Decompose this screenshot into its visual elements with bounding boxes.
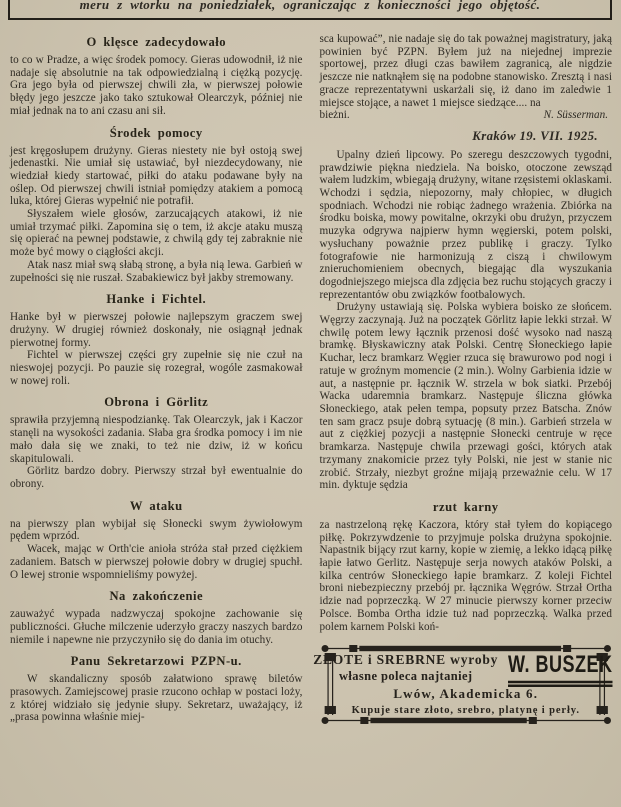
section-heading: Na zakończenie: [10, 589, 303, 604]
ad-top-row: ZŁOTE i SREBRNE wyroby własne poleca naj…: [313, 652, 618, 684]
paragraph: Atak nasz miał swą słabą stronę, a była …: [10, 259, 303, 284]
section-o-klesce: O klęsce zadecydowało to co w Pradze, a …: [10, 35, 303, 118]
paragraph: sprawiła przyjemną niespodziankę. Tak Ol…: [10, 414, 303, 465]
section-na-zakonczenie: Na zakończenie zauważyć wypada nadzwycza…: [10, 589, 303, 646]
ad-address: Lwów, Akademicka 6.: [393, 686, 538, 702]
ad-brand-name: W. BUSZEK: [508, 652, 613, 687]
paragraph-tail: bieżni.: [320, 109, 350, 122]
ad-line-offer: własne poleca najtaniej: [313, 669, 498, 684]
paragraph: W skandaliczny sposób załatwiono sprawę …: [10, 673, 303, 724]
left-column: O klęsce zadecydowało to co w Pradze, a …: [10, 33, 303, 727]
paragraph: Hanke był w pierwszej połowie najlepszym…: [10, 311, 303, 349]
ad-line-products: ZŁOTE i SREBRNE wyroby: [313, 652, 498, 668]
section-obrona-i-gorlitz: Obrona i Görlitz sprawiła przyjemną nies…: [10, 395, 303, 490]
paragraph: to co w Pradze, a więc środek pomocy. Gi…: [10, 54, 303, 118]
right-column: sca kupować”, nie nadaje się do tak powa…: [320, 33, 613, 727]
section-heading: W ataku: [10, 499, 303, 514]
section-hanke-i-fichtel: Hanke i Fichtel. Hanke był w pierwszej p…: [10, 292, 303, 387]
dateline: Kraków 19. VII. 1925.: [320, 129, 599, 144]
section-w-ataku: W ataku na pierwszy plan wybijał się Sło…: [10, 499, 303, 582]
paragraph: Słyszałem wiele głosów, zarzucających at…: [10, 208, 303, 259]
section-heading: Środek pomocy: [10, 126, 303, 141]
paragraph: za nastrzeloną rękę Kaczora, który stał …: [320, 519, 613, 633]
article-columns: O klęsce zadecydowało to co w Pradze, a …: [10, 33, 612, 727]
signature-line: bieżni. N. Süsserman.: [320, 109, 613, 122]
section-heading: Hanke i Fichtel.: [10, 292, 303, 307]
paragraph: sca kupować”, nie nadaje się do tak powa…: [320, 33, 613, 109]
paragraph: Drużyny ustawiają się. Polska wybiera bo…: [320, 301, 613, 492]
ad-box: ZŁOTE i SREBRNE wyroby własne poleca naj…: [320, 642, 613, 727]
section-heading: O klęsce zadecydowało: [10, 35, 303, 50]
paragraph: Upalny dzień lipcowy. Po szeregu deszczo…: [320, 149, 613, 301]
paragraph: Fichtel w pierwszej części gry zupełnie …: [10, 349, 303, 387]
paragraph: na pierwszy plan wybijał się Słonecki sw…: [10, 518, 303, 543]
paragraph: jest kręgosłupem drużyny. Gieras niestet…: [10, 145, 303, 209]
author-signature: N. Süsserman.: [544, 109, 612, 122]
paragraph: zauważyć wypada nadzwyczaj spokojne zach…: [10, 608, 303, 646]
notice-box: meru z wtorku na poniedziałek, ogranicza…: [8, 0, 612, 20]
section-heading: Panu Sekretarzowi PZPN-u.: [10, 654, 303, 669]
ad-content: ZŁOTE i SREBRNE wyroby własne poleca naj…: [344, 652, 589, 717]
ad-offer-lines: ZŁOTE i SREBRNE wyroby własne poleca naj…: [313, 652, 498, 684]
section-heading: Obrona i Görlitz: [10, 395, 303, 410]
penalty-heading: rzut karny: [320, 500, 613, 515]
newspaper-page: meru z wtorku na poniedziałek, ogranicza…: [0, 0, 621, 807]
section-srodek-pomocy: Środek pomocy jest kręgosłupem drużyny. …: [10, 126, 303, 285]
ad-buys-line: Kupuje stare złoto, srebro, platynę i pe…: [352, 705, 580, 716]
section-panu-sekretarzowi: Panu Sekretarzowi PZPN-u. W skandaliczny…: [10, 654, 303, 724]
paragraph: Wacek, mając w Orth'cie anioła stróża st…: [10, 543, 303, 581]
notice-text: meru z wtorku na poniedziałek, ogranicza…: [80, 0, 541, 13]
paragraph: Görlitz bardzo dobry. Pierwszy strzał by…: [10, 465, 303, 490]
